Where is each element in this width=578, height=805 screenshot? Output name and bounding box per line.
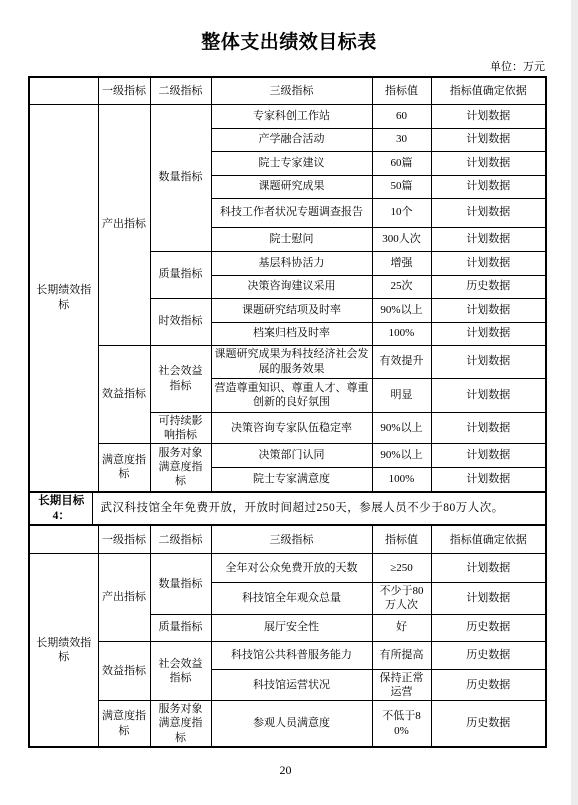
indicator-cell: 档案归档及时率 <box>211 322 372 345</box>
table-row: 满意度指标 服务对象满意度指标 决策部门认同 90%以上 计划数据 <box>29 444 546 468</box>
value-cell: 100% <box>372 468 431 492</box>
indicator-cell: 营造尊重知识、尊重人才、尊重创新的良好氛围 <box>211 378 372 412</box>
indicator-cell: 决策咨询建议采用 <box>211 275 372 298</box>
level2-cell: 社会效益指标 <box>150 345 211 412</box>
header-basis: 指标值确定依据 <box>431 525 546 553</box>
header-level3: 三级指标 <box>211 77 372 104</box>
page-title: 整体支出绩效目标表 <box>0 0 578 54</box>
performance-table-2: 一级指标 二级指标 三级指标 指标值 指标值确定依据 长期绩效指标 产出指标 数… <box>28 524 547 748</box>
value-cell: 50篇 <box>372 175 431 198</box>
indicator-cell: 科技馆全年观众总量 <box>211 582 372 614</box>
header-level1: 一级指标 <box>98 525 150 553</box>
basis-cell: 计划数据 <box>431 298 546 322</box>
indicator-cell: 全年对公众免费开放的天数 <box>211 553 372 582</box>
indicator-cell: 科技馆公共科普服务能力 <box>211 641 372 669</box>
value-cell: 有所提高 <box>372 641 431 669</box>
header-value: 指标值 <box>372 525 431 553</box>
indicator-cell: 专家科创工作站 <box>211 104 372 128</box>
indicator-cell: 基层科协活力 <box>211 251 372 275</box>
level2-cell: 数量指标 <box>150 553 211 614</box>
indicator-cell: 科技馆运营状况 <box>211 669 372 701</box>
header-level2: 二级指标 <box>150 525 211 553</box>
basis-cell: 计划数据 <box>431 322 546 345</box>
indicator-cell: 院士慰问 <box>211 227 372 251</box>
header-empty-cell <box>29 525 98 553</box>
value-cell: 90%以上 <box>372 412 431 444</box>
level2-cell: 服务对象满意度指标 <box>150 444 211 492</box>
header-value: 指标值 <box>372 77 431 104</box>
basis-cell: 计划数据 <box>431 378 546 412</box>
header-level1: 一级指标 <box>98 77 150 104</box>
level2-cell: 社会效益指标 <box>150 641 211 701</box>
basis-cell: 计划数据 <box>431 468 546 492</box>
indicator-cell: 课题研究成果 <box>211 175 372 198</box>
page-edge-strip <box>571 0 578 805</box>
goal-row: 长期目标4： 武汉科技馆全年免费开放，开放时间超过250天，参展人员不少于80万… <box>29 492 546 526</box>
table-row: 满意度指标 服务对象满意度指标 参观人员满意度 不低于80% 历史数据 <box>29 701 546 747</box>
value-cell: 10个 <box>372 198 431 227</box>
value-cell: 100% <box>372 322 431 345</box>
value-cell: 不低于80% <box>372 701 431 747</box>
table-row: 效益指标 社会效益指标 科技馆公共科普服务能力 有所提高 历史数据 <box>29 641 546 669</box>
header-level3: 三级指标 <box>211 525 372 553</box>
level2-cell: 质量指标 <box>150 251 211 298</box>
value-cell: 60 <box>372 104 431 128</box>
basis-cell: 计划数据 <box>431 345 546 378</box>
basis-cell: 计划数据 <box>431 412 546 444</box>
basis-cell: 历史数据 <box>431 614 546 641</box>
goal-row-table: 长期目标4： 武汉科技馆全年免费开放，开放时间超过250天，参展人员不少于80万… <box>28 491 547 527</box>
indicator-cell: 决策咨询专家队伍稳定率 <box>211 412 372 444</box>
value-cell: 90%以上 <box>372 444 431 468</box>
table-header-row: 一级指标 二级指标 三级指标 指标值 指标值确定依据 <box>29 525 546 553</box>
basis-cell: 计划数据 <box>431 104 546 128</box>
basis-cell: 计划数据 <box>431 553 546 582</box>
table-row: 长期绩效指标 产出指标 数量指标 全年对公众免费开放的天数 ≥250 计划数据 <box>29 553 546 582</box>
basis-cell: 历史数据 <box>431 701 546 747</box>
basis-cell: 历史数据 <box>431 641 546 669</box>
indicator-cell: 参观人员满意度 <box>211 701 372 747</box>
level2-cell: 服务对象满意度指标 <box>150 701 211 747</box>
level1-cell: 效益指标 <box>98 345 150 444</box>
value-cell: 300人次 <box>372 227 431 251</box>
header-basis: 指标值确定依据 <box>431 77 546 104</box>
basis-cell: 计划数据 <box>431 128 546 151</box>
level1-cell: 满意度指标 <box>98 701 150 747</box>
basis-cell: 计划数据 <box>431 175 546 198</box>
value-cell: ≥250 <box>372 553 431 582</box>
header-empty-cell <box>29 77 98 104</box>
indicator-cell: 院士专家满意度 <box>211 468 372 492</box>
basis-cell: 计划数据 <box>431 444 546 468</box>
side-label-cell: 长期绩效指标 <box>29 104 98 492</box>
side-label-cell: 长期绩效指标 <box>29 553 98 747</box>
indicator-cell: 科技工作者状况专题调查报告 <box>211 198 372 227</box>
indicator-cell: 决策部门认同 <box>211 444 372 468</box>
value-cell: 有效提升 <box>372 345 431 378</box>
value-cell: 60篇 <box>372 151 431 175</box>
basis-cell: 计划数据 <box>431 151 546 175</box>
indicator-cell: 院士专家建议 <box>211 151 372 175</box>
level2-cell: 时效指标 <box>150 298 211 345</box>
indicator-cell: 课题研究成果为科技经济社会发展的服务效果 <box>211 345 372 378</box>
unit-note: 单位：万元 <box>28 58 545 74</box>
page-number: 20 <box>0 763 571 778</box>
table-header-row: 一级指标 二级指标 三级指标 指标值 指标值确定依据 <box>29 77 546 104</box>
table-row: 效益指标 社会效益指标 课题研究成果为科技经济社会发展的服务效果 有效提升 计划… <box>29 345 546 378</box>
document-page: 整体支出绩效目标表 单位：万元 一级指标 二级指标 三级指标 指标值 指标值确定… <box>0 0 578 805</box>
basis-cell: 计划数据 <box>431 198 546 227</box>
indicator-cell: 产学融合活动 <box>211 128 372 151</box>
level2-cell: 质量指标 <box>150 614 211 641</box>
performance-table-1: 一级指标 二级指标 三级指标 指标值 指标值确定依据 长期绩效指标 产出指标 数… <box>28 76 547 493</box>
header-level2: 二级指标 <box>150 77 211 104</box>
value-cell: 好 <box>372 614 431 641</box>
level1-cell: 产出指标 <box>98 104 150 345</box>
value-cell: 明显 <box>372 378 431 412</box>
basis-cell: 历史数据 <box>431 669 546 701</box>
basis-cell: 计划数据 <box>431 227 546 251</box>
level1-cell: 效益指标 <box>98 641 150 701</box>
level1-cell: 满意度指标 <box>98 444 150 492</box>
value-cell: 不少于80万人次 <box>372 582 431 614</box>
basis-cell: 历史数据 <box>431 275 546 298</box>
goal-text-cell: 武汉科技馆全年免费开放，开放时间超过250天，参展人员不少于80万人次。 <box>92 492 546 526</box>
value-cell: 30 <box>372 128 431 151</box>
goal-label-cell: 长期目标4： <box>29 492 92 526</box>
value-cell: 保持正常运营 <box>372 669 431 701</box>
indicator-cell: 展厅安全性 <box>211 614 372 641</box>
basis-cell: 计划数据 <box>431 251 546 275</box>
value-cell: 90%以上 <box>372 298 431 322</box>
value-cell: 增强 <box>372 251 431 275</box>
level2-cell: 可持续影响指标 <box>150 412 211 444</box>
level2-cell: 数量指标 <box>150 104 211 251</box>
value-cell: 25次 <box>372 275 431 298</box>
indicator-cell: 课题研究结项及时率 <box>211 298 372 322</box>
basis-cell: 计划数据 <box>431 582 546 614</box>
table-row: 长期绩效指标 产出指标 数量指标 专家科创工作站 60 计划数据 <box>29 104 546 128</box>
level1-cell: 产出指标 <box>98 553 150 641</box>
